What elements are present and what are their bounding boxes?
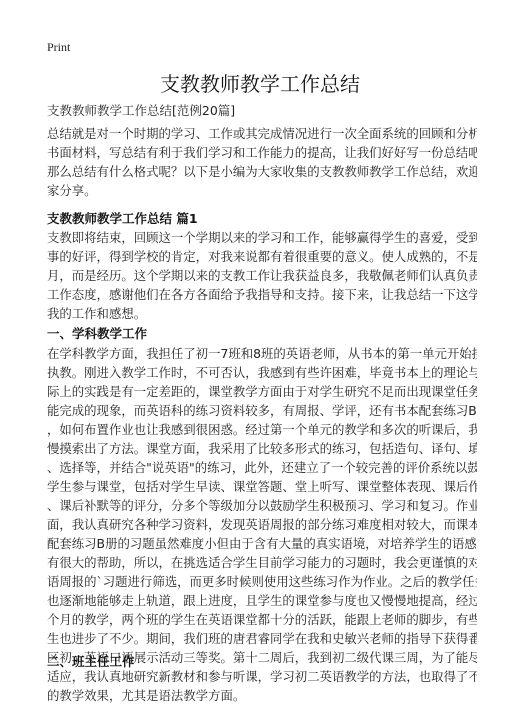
text-line: 配套练习B册的习题虽然难度小但由于含有大量的真实语境，对培养学生的语感却 xyxy=(47,534,477,553)
text-line: 、课后补默等的评分，分多个等级加分以鼓励学生积极预习、学习和复习。作业方 xyxy=(47,496,477,515)
text-line: 那么总结有什么格式呢？以下是小编为大家收集的支教教师教学工作总结，欢迎大 xyxy=(47,162,477,181)
text-line: 学生参与课堂，包括对学生早读、课堂答题、堂上听写、课堂整体表现、课后作业 xyxy=(47,477,477,496)
text-line: 、选择等，并结合"说英语"的练习，此外，还建立了一个较完善的评价系统以鼓励 xyxy=(47,458,477,477)
text-line: 执教。刚进入教学工作时，不可否认，我感到有些许困难，毕竟书本上的理论与实 xyxy=(47,363,477,382)
text-line: 我的工作和感想。 xyxy=(47,304,477,323)
text-line: 个月的教学，两个班的学生在英语课堂都十分的活跃，能跟上老师的脚步，有些学 xyxy=(47,610,477,629)
text-line: 总结就是对一个时期的学习、工作或其完成情况进行一次全面系统的回顾和分析的 xyxy=(47,124,477,143)
paragraph-2: 在学科教学方面，我担任了初一7班和8班的英语老师，从书本的第一单元开始接手 执教… xyxy=(47,344,477,705)
text-line: 书面材料，写总结有利于我们学习和工作能力的提高，让我们好好写一份总结吧。 xyxy=(47,143,477,162)
text-line: 也逐渐地能够走上轨道，跟上进度，且学生的课堂参与度也又慢慢地提高，经过两 xyxy=(47,591,477,610)
text-line: 慢摸索出了方法。课堂方面，我采用了比较多形式的练习，包括造句、译句、填词 xyxy=(47,439,477,458)
print-label: Print xyxy=(47,40,70,55)
text-line: 事的好评，得到学校的肯定，对我来说都有着很重要的意义。使人成熟的，不是岁 xyxy=(47,247,477,266)
text-line: 的教学效果，尤其是语法教学方面。 xyxy=(47,686,477,705)
text-line: 家分享。 xyxy=(47,181,477,200)
section-title: 支教教师教学工作总结 篇1 xyxy=(47,209,198,227)
text-line: 生也进步了不少。期间，我们班的唐君睿同学在我和史敏兴老师的指导下获得番禺 xyxy=(47,629,477,648)
text-line: 语周报的`习题进行筛选，而更多时候则使用这些练习作为作业。之后的教学任务 xyxy=(47,572,477,591)
heading-class-teacher-work: 二、班主任工作 xyxy=(47,652,135,670)
text-line: 支教即将结束，回顾这一个学期以来的学习和工作，能够赢得学生的喜爱，受到同 xyxy=(47,228,477,247)
text-line: 在学科教学方面，我担任了初一7班和8班的英语老师，从书本的第一单元开始接手 xyxy=(47,344,477,363)
intro-paragraph: 总结就是对一个时期的学习、工作或其完成情况进行一次全面系统的回顾和分析的 书面材… xyxy=(47,124,477,200)
text-line: 能完成的现象，而英语科的练习资料较多，有周报、学评，还有书本配套练习B册 xyxy=(47,401,477,420)
text-line: 工作态度，感谢他们在各方各面给予我指导和支持。接下来，让我总结一下这学期 xyxy=(47,285,477,304)
heading-subject-teaching: 一、学科教学工作 xyxy=(47,324,147,342)
document-title: 支教教师教学工作总结 xyxy=(47,68,473,97)
text-line: 有很大的帮助，所以，在挑选适合学生目前学习能力的习题时，我会更谨慎的对英 xyxy=(47,553,477,572)
text-line: 面，我认真研究各种学习资料，发现英语周报的部分练习难度相对较大，而课本的 xyxy=(47,515,477,534)
text-line: ，如何布置作业也让我感到很困惑。经过第一个单元的教学和多次的听课后，我慢 xyxy=(47,420,477,439)
document-subtitle: 支教教师教学工作总结[范例20篇] xyxy=(47,101,235,119)
paragraph-1: 支教即将结束，回顾这一个学期以来的学习和工作，能够赢得学生的喜爱，受到同 事的好… xyxy=(47,228,477,323)
text-line: 月，而是经历。这个学期以来的支教工作让我获益良多，我敬佩老师们认真负责的 xyxy=(47,266,477,285)
text-line: 际上的实践是有一定差距的，课堂教学方面由于对学生研究不足而出现课堂任务未 xyxy=(47,382,477,401)
